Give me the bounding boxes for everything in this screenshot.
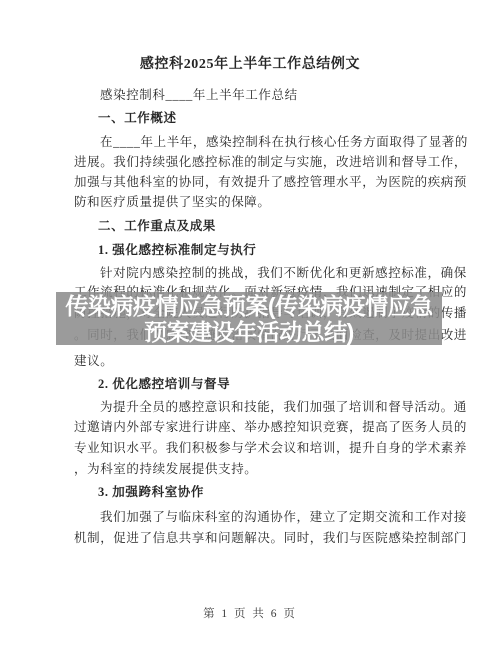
document-line: 加强与其他科室的协同，有效提升了感控管理水平，为医院的疾病预 — [74, 175, 467, 190]
watermark-banner: 传染病疫情应急预案(传染病疫情应急 预案建设年活动总结) — [56, 292, 442, 345]
document-line: 在____年上半年，感染控制科在执行核心任务方面取得了显著的 — [100, 135, 468, 150]
document-line: 针对院内感染控制的挑战，我们不断优化和更新感控标准，确保 — [100, 266, 467, 281]
document-line: 2. 优化感控培训与督导 — [98, 377, 230, 392]
document-page: 感控科2025年上半年工作总结例文感染控制科____年上半年工作总结一、工作概述… — [0, 0, 500, 647]
banner-title-line2: 预案建设年活动总结) — [144, 319, 354, 345]
document-line: 建议。 — [74, 354, 113, 369]
document-line: 二、工作重点及成果 — [98, 219, 216, 234]
document-line: 机制，促进了信息共享和问题解决。同时，我们与医院感染控制部门 — [74, 531, 467, 546]
page-number-footer: 第 1 页 共 6 页 — [0, 605, 500, 621]
document-title: 感控科2025年上半年工作总结例文 — [0, 57, 500, 72]
document-line: 防和医疗质量提供了坚实的保障。 — [74, 195, 271, 210]
document-line: 过邀请内外部专家进行讲座、举办感控知识竞赛，提高了医务人员的 — [74, 420, 467, 435]
banner-title-line1: 传染病疫情应急预案(传染病疫情应急 — [65, 293, 432, 319]
document-line: 专业知识水平。我们积极参与学术会议和培训，提升自身的学术素养 — [74, 441, 467, 456]
document-line: 我们加强了与临床科室的沟通协作，建立了定期交流和工作对接 — [100, 510, 467, 525]
document-line: 进展。我们持续强化感控标准的制定与实施，改进培训和督导工作， — [74, 155, 467, 170]
document-line: ，为科室的持续发展提供支持。 — [74, 462, 257, 477]
document-line: 感染控制科____年上半年工作总结 — [100, 88, 298, 103]
document-line: 3. 加强跨科室协作 — [98, 485, 204, 500]
document-line: 为提升全员的感控意识和技能，我们加强了培训和督导活动。通 — [100, 400, 467, 415]
document-line: 一、工作概述 — [98, 111, 177, 126]
document-line: 1. 强化感控标准制定与执行 — [98, 243, 256, 258]
